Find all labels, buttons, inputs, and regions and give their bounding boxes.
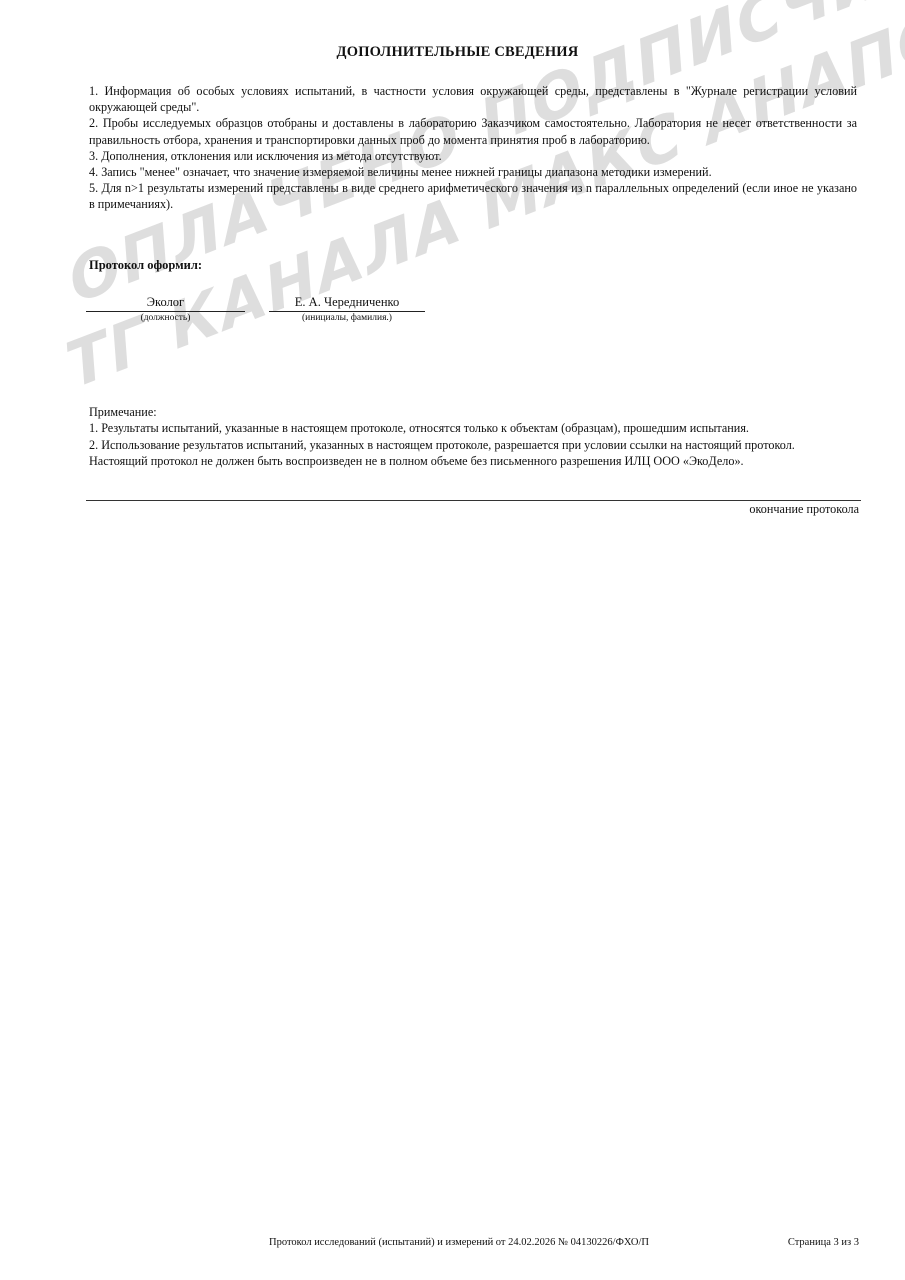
- signature-heading: Протокол оформил:: [89, 258, 202, 273]
- note-item: Настоящий протокол не должен быть воспро…: [89, 453, 859, 469]
- additional-info-list: 1. Информация об особых условиях испытан…: [89, 83, 857, 213]
- info-item: 4. Запись "менее" означает, что значение…: [89, 164, 857, 180]
- page-title: ДОПОЛНИТЕЛЬНЫЕ СВЕДЕНИЯ: [0, 44, 905, 61]
- signature-role-block: Эколог (должность): [86, 295, 245, 325]
- signature-name-caption: (инициалы, фамилия.): [269, 312, 425, 325]
- footer-page-number: Страница 3 из 3: [788, 1237, 859, 1248]
- info-item: 2. Пробы исследуемых образцов отобраны и…: [89, 115, 857, 147]
- document-page: ОПЛАЧЕНО ПОДПИСЧИКАМИ ТГ КАНАЛА МАКС АНА…: [0, 0, 905, 1280]
- end-of-protocol-label: окончание протокола: [749, 502, 859, 517]
- footer-protocol-ref: Протокол исследований (испытаний) и изме…: [269, 1237, 649, 1248]
- notes-section: Примечание: 1. Результаты испытаний, ука…: [89, 404, 859, 469]
- notes-heading: Примечание:: [89, 404, 859, 420]
- info-item: 1. Информация об особых условиях испытан…: [89, 83, 857, 115]
- signature-role-value: Эколог: [86, 295, 245, 312]
- note-item: 2. Использование результатов испытаний, …: [89, 437, 859, 453]
- note-item: 1. Результаты испытаний, указанные в нас…: [89, 420, 859, 436]
- end-divider: [86, 500, 861, 501]
- info-item: 3. Дополнения, отклонения или исключения…: [89, 148, 857, 164]
- signature-name-block: Е. А. Чередниченко (инициалы, фамилия.): [269, 295, 425, 325]
- signature-name-value: Е. А. Чередниченко: [269, 295, 425, 312]
- info-item: 5. Для n>1 результаты измерений представ…: [89, 180, 857, 212]
- signature-role-caption: (должность): [86, 312, 245, 325]
